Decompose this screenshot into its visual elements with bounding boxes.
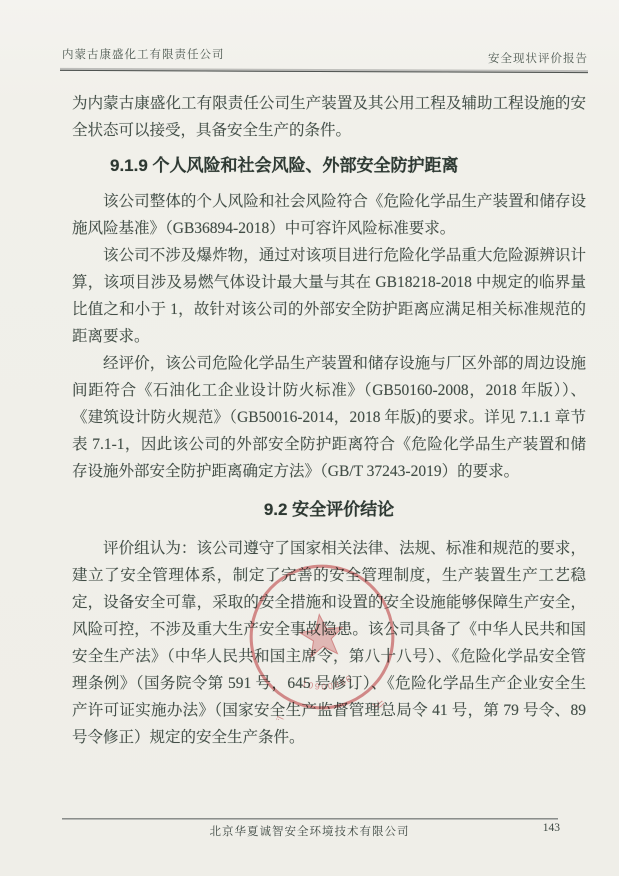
header-report-title: 安全现状评价报告 — [488, 50, 588, 66]
document-body: 为内蒙古康盛化工有限责任公司生产装置及其公用工程及辅助工程设施的安全状态可以接受… — [72, 90, 586, 751]
section-heading-9-1-9: 9.1.9 个人风险和社会风险、外部安全防护距离 — [72, 152, 586, 179]
footer-divider — [62, 818, 558, 820]
paragraph-risk-criteria: 该公司整体的个人风险和社会风险符合《危险化学品生产装置和储存设施风险基准》（GB… — [72, 188, 586, 242]
paragraph-evaluation-conclusion: 评价组认为：该公司遵守了国家相关法律、法规、标准和规范的要求，建立了安全管理体系… — [72, 535, 586, 751]
intro-paragraph: 为内蒙古康盛化工有限责任公司生产装置及其公用工程及辅助工程设施的安全状态可以接受… — [72, 90, 586, 144]
paragraph-distance-evaluation: 经评价，该公司危险化学品生产装置和储存设施与厂区外部的周边设施间距符合《石油化工… — [72, 350, 586, 485]
header-divider — [60, 68, 588, 73]
paragraph-hazard-identification: 该公司不涉及爆炸物，通过对该项目进行危险化学品重大危险源辨识计算，该项目涉及易燃… — [72, 242, 586, 350]
page-header: 内蒙古康盛化工有限责任公司 安全现状评价报告 — [62, 46, 588, 62]
header-company: 内蒙古康盛化工有限责任公司 — [62, 46, 225, 62]
document-page: 内蒙古康盛化工有限责任公司 安全现状评价报告 为内蒙古康盛化工有限责任公司生产装… — [0, 0, 619, 876]
page-number: 143 — [520, 822, 560, 834]
section-heading-9-2: 9.2 安全评价结论 — [72, 496, 586, 523]
